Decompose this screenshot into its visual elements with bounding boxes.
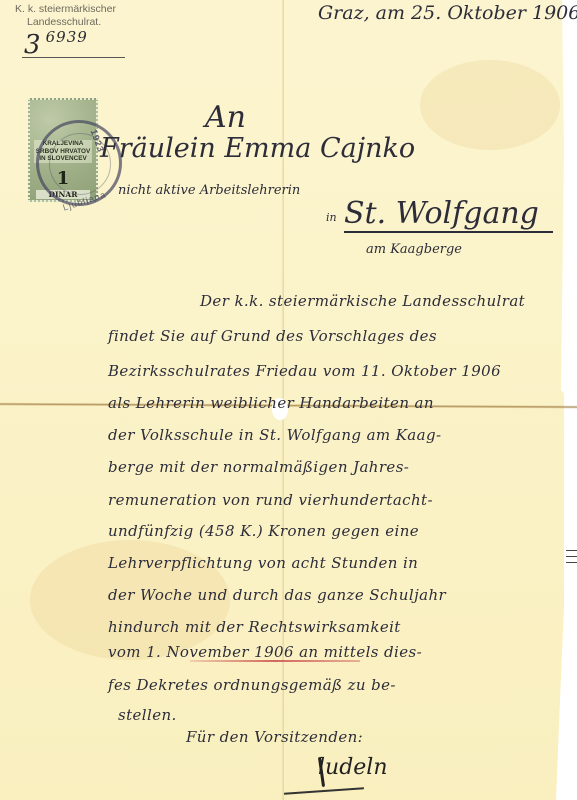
reference-underline <box>22 57 125 58</box>
body-line: der Woche und durch das ganze Schuljahr <box>108 586 446 604</box>
reference-number: 3 6939 <box>24 30 88 60</box>
salutation: An <box>205 100 246 135</box>
body-line: Bezirksschulrates Friedau vom 11. Oktobe… <box>108 362 501 380</box>
dateline: Graz, am 25. Oktober 1906. <box>318 2 577 24</box>
body-line: stellen. <box>118 706 177 724</box>
body-line: als Lehrerin weiblicher Handarbeiten an <box>108 394 434 412</box>
reference-number-main: 3 <box>24 30 41 60</box>
closing: Für den Vorsitzenden: <box>186 728 363 746</box>
body-line: vom 1. November 1906 an mittels dies- <box>108 643 422 661</box>
body-line: remuneration von rund vierhundertacht- <box>108 491 433 509</box>
recipient-role: nicht aktive Arbeitslehrerin <box>118 183 300 198</box>
body-line: Der k.k. steiermärkische Landesschulrat <box>200 292 525 310</box>
scan-edge-marks <box>566 550 577 568</box>
paper-stain <box>420 60 560 150</box>
body-line: undfünfzig (458 K.) Kronen gegen eine <box>108 522 419 540</box>
body-line: fes Dekretes ordnungsgemäß zu be- <box>108 676 396 694</box>
body-line: der Volksschule in St. Wolfgang am Kaag- <box>108 426 441 444</box>
body-line: Lehrverpflichtung von acht Stunden in <box>108 554 418 572</box>
letterhead-line-1: K. k. steiermärkischer <box>15 3 116 16</box>
body-line: hindurch mit der Rechtswirksamkeit <box>108 618 401 636</box>
recipient-in-word: in <box>326 211 337 224</box>
body-line: findet Sie auf Grund des Vorschlages des <box>108 327 437 345</box>
signature: ludeln <box>318 755 388 780</box>
recipient-name: Fräulein Emma Cajnko <box>100 133 415 164</box>
recipient-place: St. Wolfgang <box>344 197 553 233</box>
body-line: berge mit der normalmäßigen Jahres- <box>108 458 409 476</box>
red-pencil-underline <box>190 660 360 662</box>
reference-number-sub: 6939 <box>46 28 88 46</box>
recipient-place-detail: am Kaagberge <box>366 242 462 257</box>
letterhead: K. k. steiermärkischer Landesschulrat. <box>15 3 116 29</box>
